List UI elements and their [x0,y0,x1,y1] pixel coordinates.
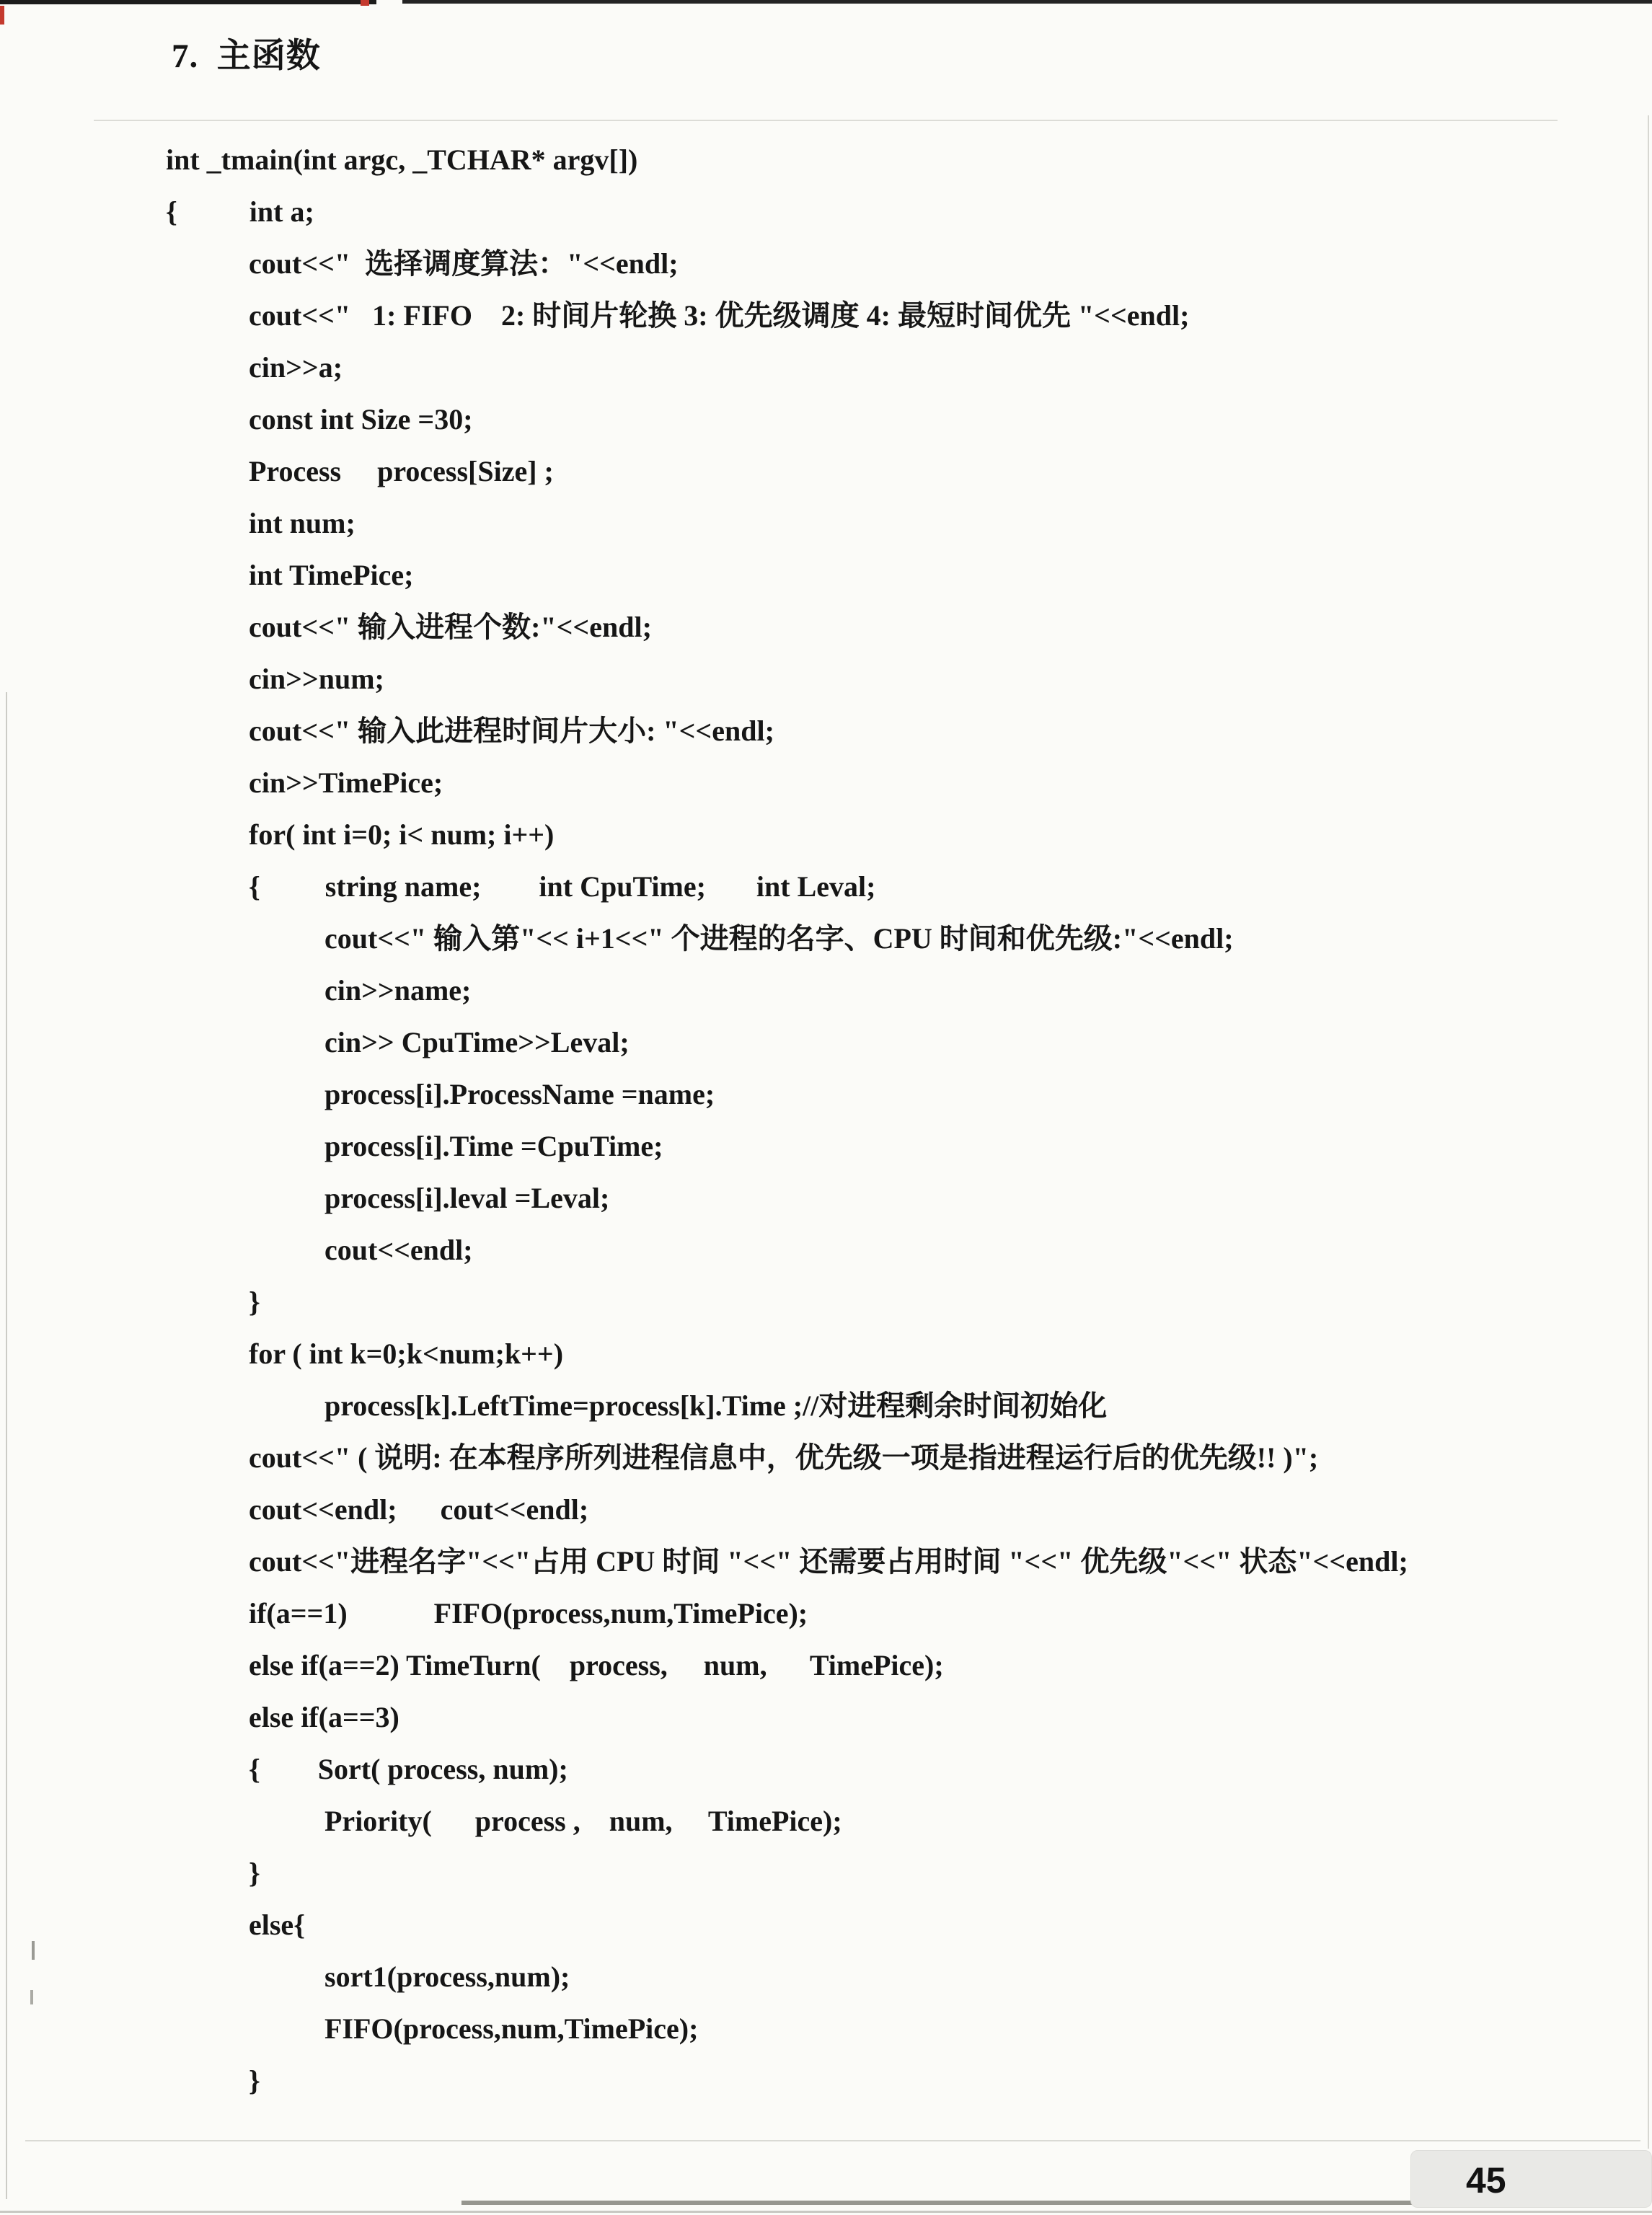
scan-artifact-rule-under-title [94,120,1558,121]
code-line: cin>> CpuTime>>Leval; [166,1017,1608,1069]
scan-artifact-top-bar-left [0,0,376,4]
page-number: 45 [1466,2159,1506,2201]
code-line: process[i].Time =CpuTime; [166,1120,1608,1172]
code-line: cout<<" 输入此进程时间片大小: "<<endl; [166,705,1608,757]
scan-artifact-left-edge-line [6,692,7,2199]
scan-artifact-top-bar-right [402,0,1652,4]
code-line: Priority( process , num, TimePice); [166,1795,1608,1847]
page-number-box: 45 [1410,2150,1652,2208]
code-line: cin>>TimePice; [166,757,1608,809]
code-line: int _tmain(int argc, _TCHAR* argv[]) [166,134,1608,186]
code-line: cout<<" 选择调度算法："<<endl; [166,238,1608,290]
code-line: cin>>name; [166,965,1608,1017]
code-line: else if(a==2) TimeTurn( process, num, Ti… [166,1640,1608,1692]
code-line: sort1(process,num); [166,1951,1608,2003]
code-line: for( int i=0; i< num; i++) [166,809,1608,861]
code-listing: int _tmain(int argc, _TCHAR* argv[]){ in… [166,134,1608,2107]
code-line: } [166,1276,1608,1328]
code-line: FIFO(process,num,TimePice); [166,2003,1608,2055]
scan-artifact-right-edge-line [1648,115,1649,2149]
code-line: { Sort( process, num); [166,1743,1608,1795]
code-line: { int a; [166,186,1608,238]
code-line: process[k].LeftTime=process[k].Time ;//对… [166,1380,1608,1432]
scan-artifact-bottom-rule [25,2140,1640,2141]
code-line: } [166,1847,1608,1899]
code-line: cin>>num; [166,653,1608,705]
code-line: for ( int k=0;k<num;k++) [166,1328,1608,1380]
scan-artifact-red-speck-top [361,0,369,6]
scan-artifact-left-mark-2 [30,1990,33,2004]
code-line: cout<<" ( 说明: 在本程序所列进程信息中，优先级一项是指进程运行后的优… [166,1432,1608,1484]
code-line: cout<<endl; cout<<endl; [166,1484,1608,1536]
code-line: cout<<endl; [166,1224,1608,1276]
scan-artifact-left-mark-1 [32,1941,35,1960]
code-line: cout<<" 输入第"<< i+1<<" 个进程的名字、CPU 时间和优先级:… [166,913,1608,965]
code-line: int TimePice; [166,549,1608,601]
code-line: int num; [166,498,1608,549]
code-line: const int Size =30; [166,394,1608,446]
code-line: } [166,2055,1608,2107]
code-line: { string name; int CpuTime; int Leval; [166,861,1608,913]
code-line: else if(a==3) [166,1692,1608,1743]
scan-artifact-bottom-edge [0,2211,1652,2213]
scan-artifact-red-speck-left [0,6,4,25]
code-line: cout<<"进程名字"<<"占用 CPU 时间 "<<" 还需要占用时间 "<… [166,1536,1608,1588]
code-line: cout<<" 1: FIFO 2: 时间片轮换 3: 优先级调度 4: 最短时… [166,290,1608,342]
code-line: process[i].ProcessName =name; [166,1069,1608,1120]
code-line: if(a==1) FIFO(process,num,TimePice); [166,1588,1608,1640]
scan-artifact-bottom-band [461,2201,1543,2205]
code-line: cin>>a; [166,342,1608,394]
section-heading: 7. 主函数 [172,29,321,77]
code-line: else{ [166,1899,1608,1951]
code-line: cout<<" 输入进程个数:"<<endl; [166,601,1608,653]
code-line: Process process[Size] ; [166,446,1608,498]
code-line: process[i].leval =Leval; [166,1172,1608,1224]
